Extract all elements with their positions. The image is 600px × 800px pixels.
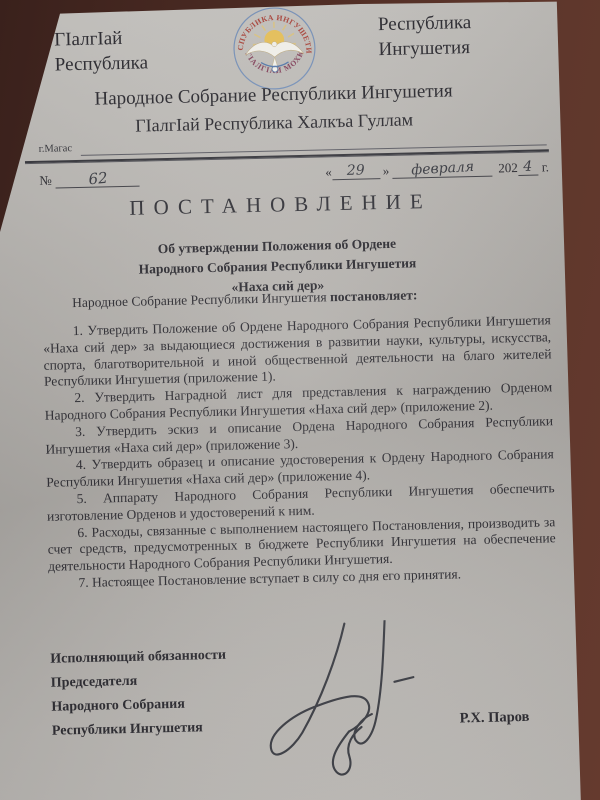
date-month-field: февраля [392,160,492,179]
header-right-line1: Республика [378,10,472,37]
signatory-line1: Исполняющий обязанности [50,644,226,672]
doc-number-field: 62 [56,168,140,189]
doc-type-title: ПОСТАНОВЛЕНИЕ [0,186,556,224]
date-month-value: февраля [410,159,474,179]
item-1: 1. Утвердить Положение об Ордене Народно… [43,312,552,391]
doc-date-group: « 29 » февраля 202 4 г. [325,158,549,180]
header-right-title: Республика Ингушетия [378,10,472,62]
coat-of-arms-emblem: РЕСПУБЛИКА ИНГУШЕТИЯ ГIАЛГIАЙ МОХК [231,5,319,93]
header-left-line1: ГIалгIай [54,25,148,52]
year-printed: 202 [498,160,518,176]
document-content: ГIалгIай Республика Республика Ингушетия… [0,0,569,800]
signatory-line4: Республики Ингушетия [52,716,228,744]
header-right-line2: Ингушетия [378,35,472,62]
signatory-name: Р.Х. Паров [460,709,530,728]
date-day-value: 29 [347,162,365,178]
year-field: 4 [518,159,538,176]
header-left-line2: Республика [55,50,149,77]
date-day-field: 29 [332,162,380,180]
signature-scribble-icon [258,619,442,788]
city-label: г.Магас [39,143,73,155]
eagle-head-icon [272,42,277,47]
handwritten-signature [258,619,442,788]
close-quote: » [383,163,390,179]
emblem-seal-icon: РЕСПУБЛИКА ИНГУШЕТИЯ ГIАЛГIАЙ МОХК [231,5,319,93]
year-suffix: г. [542,159,549,175]
year-written-value: 4 [523,159,532,175]
header-left-title: ГIалгIай Республика [54,25,148,77]
desk-background: ГIалгIай Республика Республика Ингушетия… [0,0,600,800]
doc-number-group: № 62 [39,168,140,189]
doc-number-value: 62 [88,169,109,189]
signatory-position: Исполняющий обязанности Председателя Нар… [50,644,228,744]
preamble-bold: постановляет: [330,287,418,304]
document-paper: ГIалгIай Республика Республика Ингушетия… [0,0,600,800]
doc-number-label: № [39,173,52,189]
org-name-ingush: ГIалгIай Республика Халкъа Гуллам [0,106,554,140]
doc-body: 1. Утвердить Положение об Ордене Народно… [43,312,557,592]
